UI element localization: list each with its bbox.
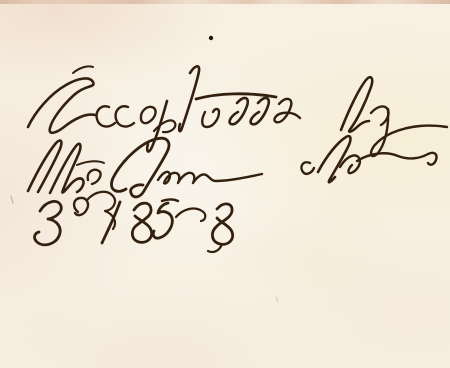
pen-stroke-e <box>88 170 101 184</box>
pen-stroke-digit-8a <box>132 203 151 242</box>
pen-stroke-digit-3 <box>35 201 62 244</box>
pen-stroke-h <box>50 144 84 193</box>
pen-stroke-loop2 <box>251 98 269 124</box>
pen-stroke-erm <box>158 172 262 184</box>
left-edge-fleck <box>11 196 13 203</box>
word-term <box>111 138 262 197</box>
pen-stroke-t <box>28 141 61 192</box>
pen-stroke-digit-8b <box>212 204 232 244</box>
pen-stroke-p-descender <box>147 101 167 151</box>
word-by <box>341 77 447 156</box>
pen-stroke-e <box>141 107 156 123</box>
pen-stroke-e-overline <box>77 161 104 165</box>
pen-stroke-capital-t <box>111 138 168 197</box>
pen-stroke-digit-5-top <box>162 200 178 202</box>
handwriting-line-1 <box>28 66 447 156</box>
pen-stroke-a-flourish <box>73 66 93 73</box>
pen-stroke-v-tail <box>357 153 437 165</box>
scanned-note-paper: Accepted by the Term Nov 3d 1858 <box>0 0 450 368</box>
handwriting-svg <box>0 0 450 368</box>
pen-stroke-capital-a <box>28 78 95 132</box>
word-1858 <box>102 200 233 253</box>
bottom-fleck <box>276 297 278 302</box>
pen-stroke-digit-5 <box>153 203 172 238</box>
pen-stroke-y-tail <box>371 109 447 156</box>
pen-stroke-d-final <box>274 99 300 122</box>
word-the <box>28 141 104 193</box>
pen-stroke-loop1 <box>230 98 248 124</box>
pen-stroke-b <box>341 77 372 132</box>
pen-stroke-c2 <box>116 106 134 126</box>
pen-stroke-d-bowl <box>74 198 88 215</box>
ink-dot <box>209 36 213 40</box>
pen-stroke-connector-tilde <box>176 209 205 221</box>
pen-stroke-te <box>202 109 219 127</box>
word-nov <box>301 136 436 182</box>
handwriting-line-3 <box>35 192 233 252</box>
pen-stroke-y-bowl <box>371 106 389 125</box>
pen-stroke-n-lead <box>301 162 314 174</box>
word-3d <box>35 192 115 245</box>
pen-stroke-c1 <box>97 106 115 126</box>
